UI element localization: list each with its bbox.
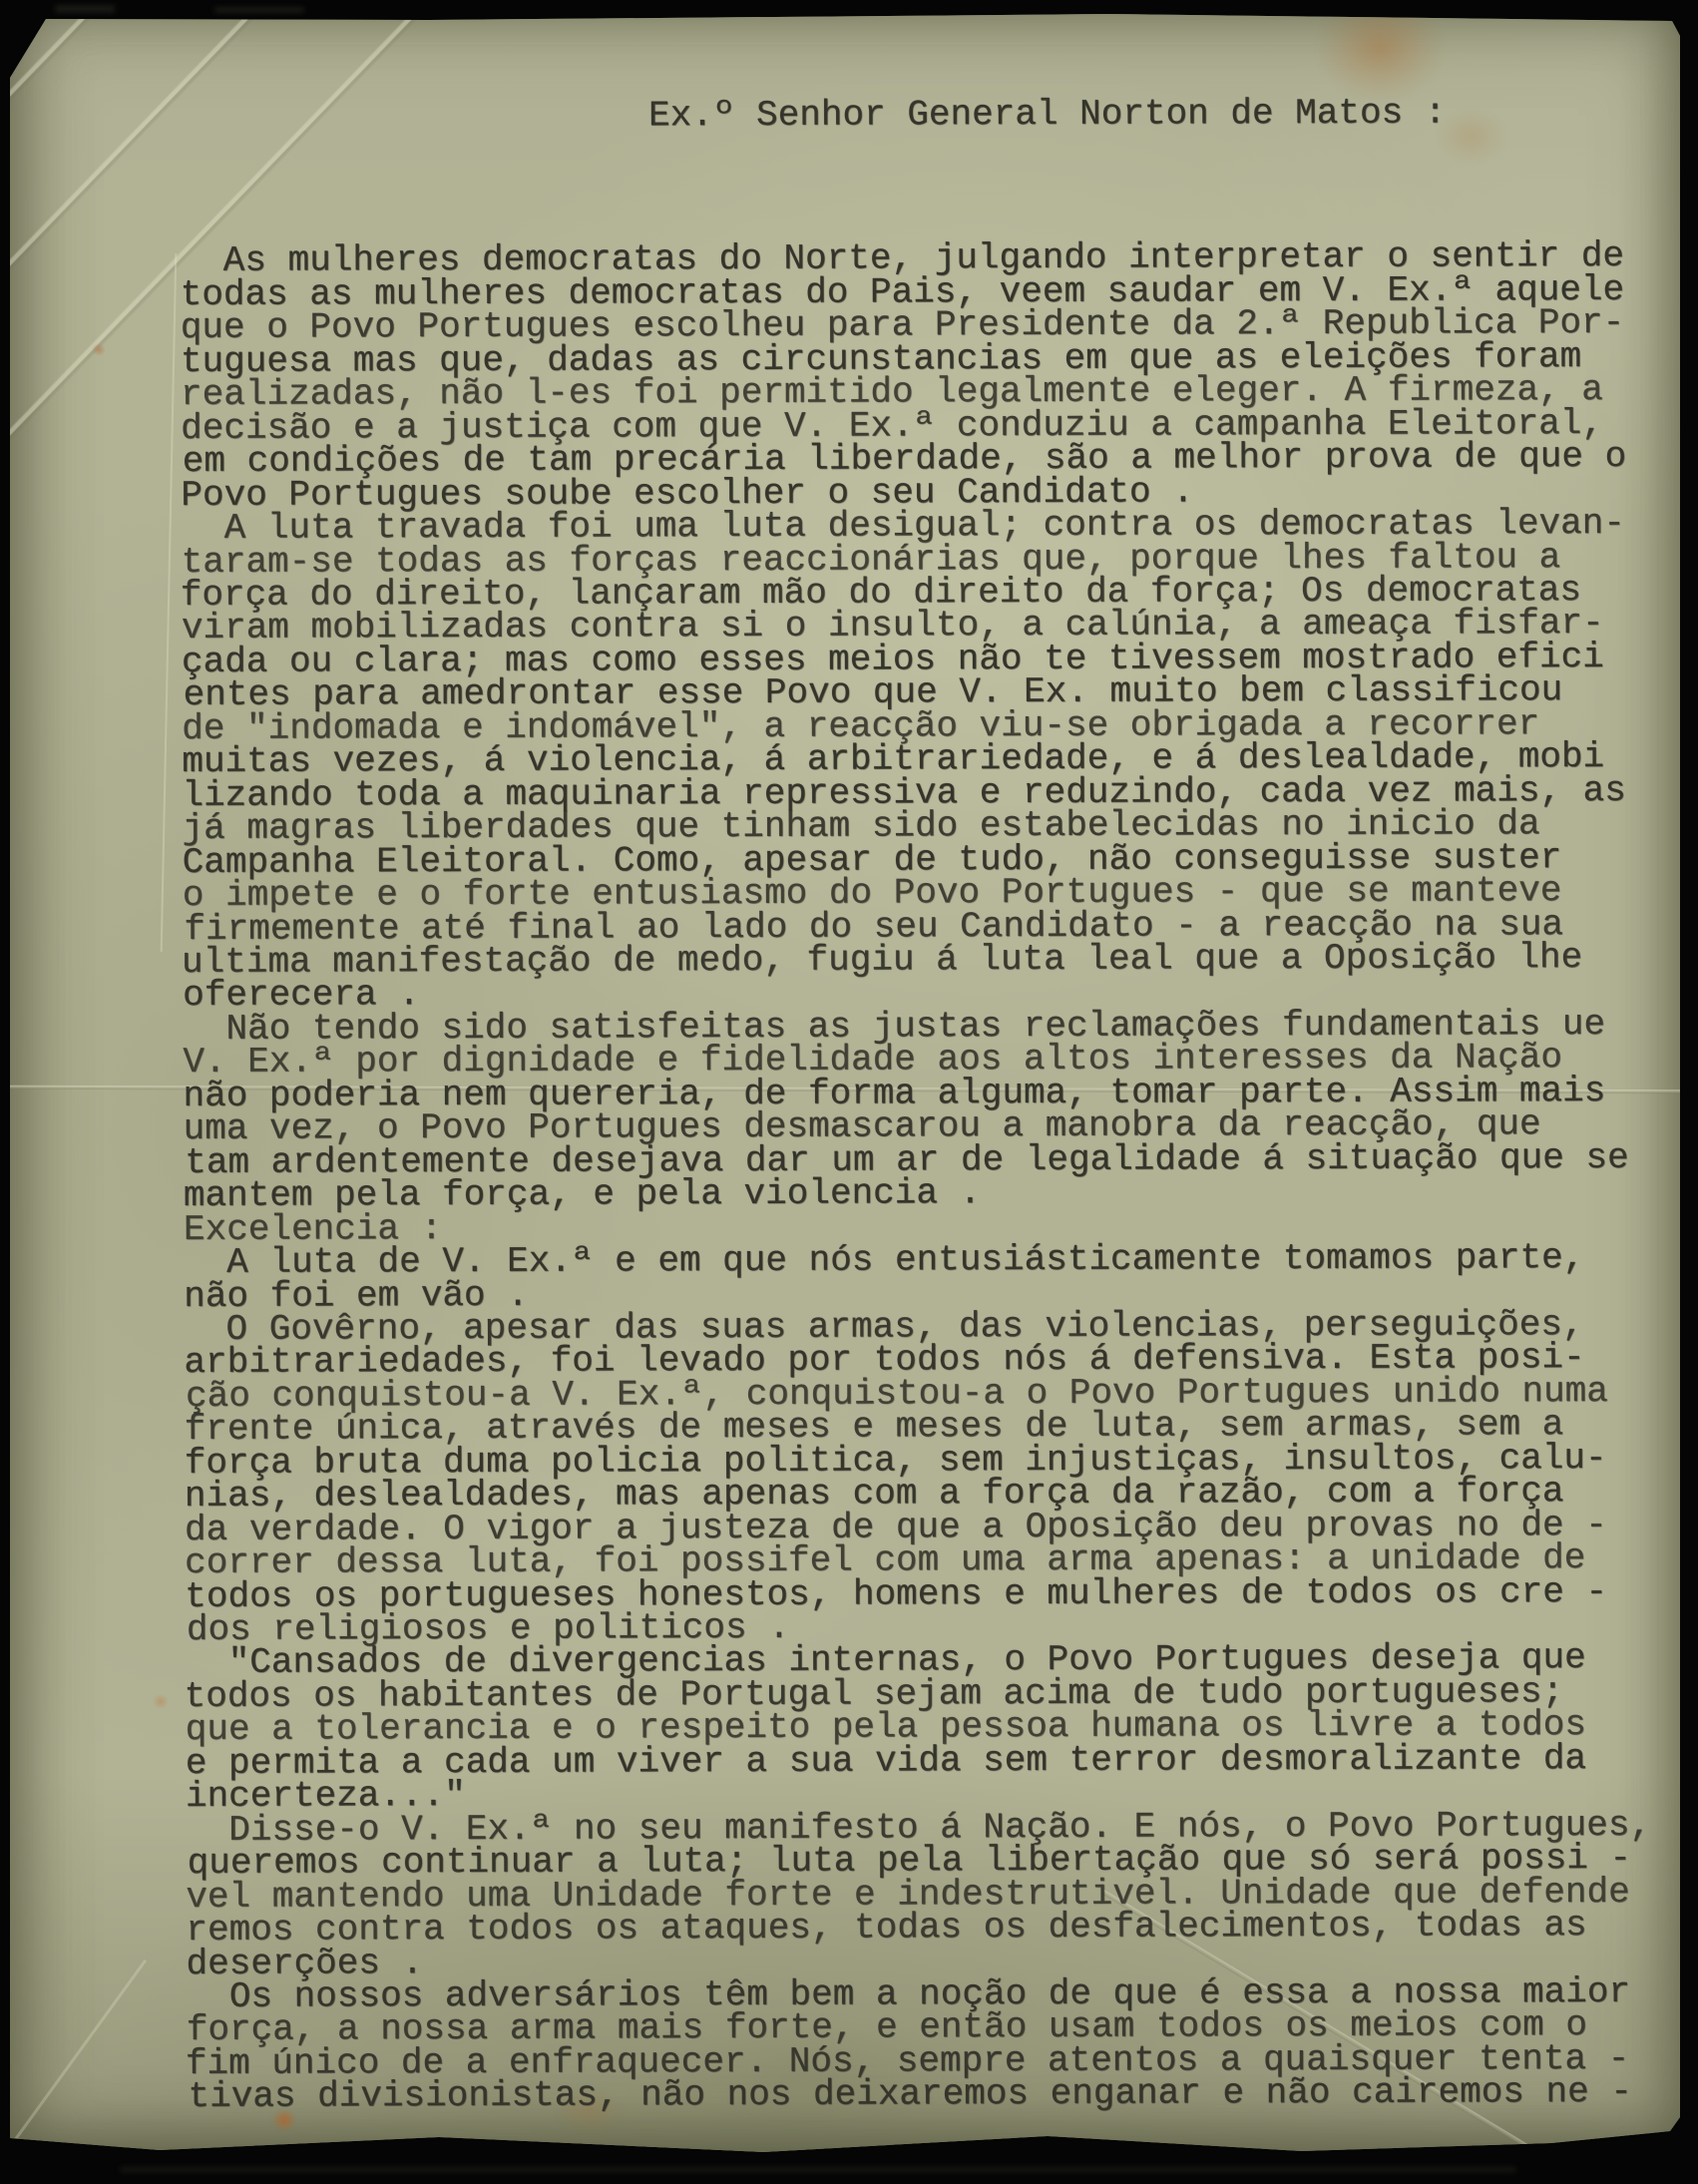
text-line: remos contra todos os ataques, todas os … — [186, 1909, 1672, 1948]
text-line: que a tolerancia e o respeito pela pesso… — [186, 1708, 1672, 1747]
text-line: em condições de tam precária liberdade, … — [183, 440, 1669, 479]
text-line: frente única, através de meses e meses d… — [185, 1408, 1671, 1447]
text-line: ultima manifestação de medo, fugiu á lut… — [182, 941, 1668, 980]
text-line: de "indomada e indomável", a reacção viu… — [182, 707, 1668, 746]
stain — [153, 1694, 169, 1709]
scanner-glint — [120, 2167, 1516, 2172]
text-line: que o Povo Portugues escolheu para Presi… — [181, 306, 1667, 345]
scanner-glint — [214, 7, 304, 13]
text-line: já magras liberdades que tinham sido est… — [182, 807, 1668, 846]
fold-crease-bottom-left — [0, 1960, 147, 2179]
stain — [92, 343, 106, 356]
stain — [1315, 0, 1445, 102]
paper-sheet: Ex.º Senhor General Norton de Matos : As… — [10, 14, 1680, 2159]
text-line: tivas divisionistas, não nos deixaremos … — [188, 2075, 1674, 2114]
text-line: O Govêrno, apesar das suas armas, das vi… — [183, 1308, 1669, 1347]
typewritten-text: Ex.º Senhor General Norton de Matos : As… — [180, 96, 1673, 2114]
fold-crease-vertical — [161, 253, 178, 952]
text-line: dos religiosos e politicos . — [187, 1608, 1673, 1647]
text-line: correr dessa luta, foi possifel com uma … — [185, 1541, 1671, 1580]
document-body: As mulheres democratas do Norte, julgand… — [181, 239, 1674, 2114]
text-line: tam ardentemente desejava dar um ar de l… — [185, 1140, 1671, 1179]
scanned-document: Ex.º Senhor General Norton de Matos : As… — [0, 0, 1698, 2184]
text-line: Excelencia : — [184, 1207, 1670, 1246]
scanner-glint — [55, 5, 115, 13]
document-heading: Ex.º Senhor General Norton de Matos : — [648, 96, 1666, 133]
text-line: V. Ex.ª por dignidade e fidelidade aos a… — [183, 1041, 1669, 1080]
text-line: viram mobilizadas contra si o insulto, a… — [182, 607, 1668, 646]
